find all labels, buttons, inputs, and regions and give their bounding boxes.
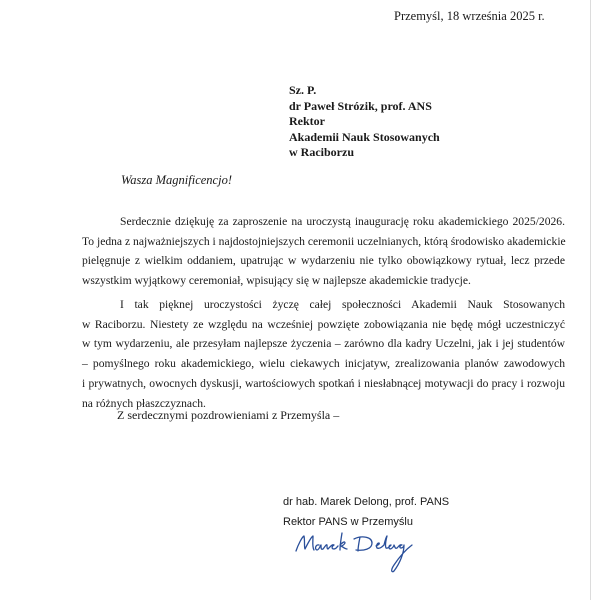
- paragraph-line: Serdecznie dziękuję za zaproszenie na ur…: [82, 212, 565, 232]
- addressee-name: dr Paweł Strózik, prof. ANS: [289, 99, 440, 115]
- paragraph-line: wszystkim wyjątkowy ceremoniał, wpisując…: [82, 271, 565, 291]
- paragraph-line: – pomyślnego roku akademickiego, wielu c…: [82, 354, 565, 374]
- paragraph-1: Serdecznie dziękuję za zaproszenie na ur…: [82, 212, 565, 291]
- letter-page: Przemyśl, 18 września 2025 r. Sz. P. dr …: [0, 0, 600, 600]
- handwritten-signature: [290, 527, 420, 582]
- paragraph-line: w tym wydarzeniu, ale przesyłam najlepsz…: [82, 334, 565, 354]
- salutation: Wasza Magnificencjo!: [121, 173, 232, 188]
- paragraph-2: I tak pięknej uroczystości życzę całej s…: [82, 295, 565, 413]
- place-date: Przemyśl, 18 września 2025 r.: [394, 9, 545, 24]
- scan-edge-line: [590, 0, 591, 600]
- addressee-honorific: Sz. P.: [289, 83, 440, 99]
- paragraph-line: To jedna z najważniejszych i najdostojni…: [82, 232, 565, 252]
- paragraph-line: pielęgnuje z wielkim oddaniem, upatrując…: [82, 251, 565, 271]
- addressee-city: w Raciborzu: [289, 145, 440, 161]
- closing-line: Z serdecznymi pozdrowieniami z Przemyśla…: [117, 408, 339, 423]
- signer-name: dr hab. Marek Delong, prof. PANS: [283, 492, 449, 512]
- paragraph-line: I tak pięknej uroczystości życzę całej s…: [82, 295, 565, 315]
- addressee-institution: Akademii Nauk Stosowanych: [289, 130, 440, 146]
- paragraph-line: i prywatnych, owocnych dyskusji, wartośc…: [82, 374, 565, 394]
- signer-block: dr hab. Marek Delong, prof. PANS Rektor …: [283, 492, 449, 532]
- paragraph-line: w Raciborzu. Niestety ze względu na wcze…: [82, 315, 565, 335]
- addressee-block: Sz. P. dr Paweł Strózik, prof. ANS Rekto…: [289, 83, 440, 161]
- addressee-position: Rektor: [289, 114, 440, 130]
